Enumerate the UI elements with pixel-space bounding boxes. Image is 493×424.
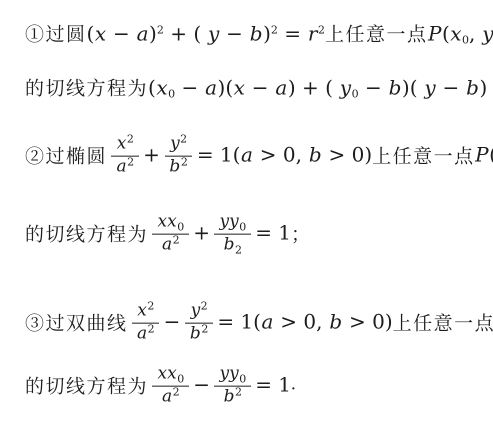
math-variable: b (169, 157, 181, 177)
math-variable: x (233, 75, 245, 99)
math-symbol: 0 (239, 373, 246, 386)
math-symbol: 2 (180, 133, 187, 146)
fraction: xx0a2 (152, 364, 189, 407)
math-symbol: 2 (148, 322, 155, 335)
math-symbol: 2 (235, 243, 242, 256)
math-variable: b (223, 235, 235, 255)
math-symbol: 2 (201, 322, 208, 335)
math-symbol: , (469, 21, 482, 45)
fraction: yy0b2 (214, 212, 251, 255)
chinese-text: 的切线方程为 (25, 372, 148, 399)
math-symbol: 2 (271, 24, 278, 37)
superscript: 2 (201, 322, 208, 335)
math-variable: b (249, 21, 263, 45)
math-text: = 1 (255, 221, 291, 245)
formula-line-hyperbola-tangent: 的切线方程为xx0a2−yy0b2= 1. (25, 364, 297, 407)
subscript: 0 (239, 373, 246, 386)
subscript: 2 (235, 243, 242, 256)
math-text: P(x0, y0) (427, 21, 493, 45)
math-symbol: 0 (352, 88, 359, 101)
superscript: 2 (181, 155, 188, 168)
fraction-numerator: xx0 (152, 364, 189, 387)
math-symbol: > 0, (274, 310, 329, 334)
math-symbol: > 0) (322, 143, 372, 167)
math-symbol: − (359, 75, 388, 99)
math-variable: x (94, 21, 106, 45)
math-symbol: 2 (127, 133, 134, 146)
math-variable: b (308, 143, 322, 167)
formula-line-ellipse-tangent: 的切线方程为xx0a2+yy0b2= 1； (25, 212, 312, 255)
subscript: 0 (177, 373, 184, 386)
math-symbol: 2 (235, 385, 242, 398)
math-symbol: = (278, 21, 307, 45)
chinese-text: 的切线方程为 (25, 74, 148, 101)
subscript: 0 (168, 88, 175, 101)
math-variable: x (116, 134, 127, 154)
math-symbol: − (245, 75, 274, 99)
math-symbol: ( (442, 21, 450, 45)
math-text: + (193, 221, 210, 245)
math-symbol: ) + ( (288, 75, 339, 99)
formula-line-ellipse-point: ②过椭圆x2a2+y2b2= 1(a > 0, b > 0) 上任意一点 P(x… (25, 134, 493, 177)
math-symbol: ( (148, 75, 156, 99)
math-symbol: 2 (157, 24, 164, 37)
math-symbol: )( (218, 75, 234, 99)
subscript: 0 (239, 221, 246, 234)
math-variable: b (329, 310, 343, 334)
superscript: 2 (147, 300, 154, 313)
math-symbol: > 0, (253, 143, 308, 167)
superscript: 2 (235, 385, 242, 398)
math-variable: y (482, 21, 493, 45)
math-text: − (164, 310, 181, 334)
math-symbol: − (175, 75, 204, 99)
formula-line-circle-tangent: 的切线方程为(x0 − a)(x − a) + ( y0 − b)( y − b… (25, 74, 493, 101)
subscript: 0 (352, 88, 359, 101)
math-symbol: = 1 (255, 221, 291, 245)
formula-line-hyperbola-point: ③过双曲线x2a2−y2b2= 1(a > 0, b > 0) 上任意一点 P(… (25, 301, 493, 344)
math-symbol: + ( (164, 21, 208, 45)
chinese-text: ②过椭圆 (25, 142, 107, 169)
math-text: (x − a)2 + ( y − b)2 = r2 (87, 21, 325, 45)
subscript: 0 (177, 221, 184, 234)
math-variable: b (223, 387, 235, 407)
math-variable: a (240, 143, 253, 167)
math-variable: y (424, 75, 436, 99)
superscript: 2 (271, 24, 278, 37)
math-variable: a (275, 75, 288, 99)
fraction-numerator: yy0 (214, 212, 251, 235)
fraction-numerator: yy0 (214, 364, 251, 387)
math-symbol: > 0) (343, 310, 393, 334)
fraction-denominator: b2 (184, 324, 213, 344)
math-variable: x (156, 75, 168, 99)
math-symbol: 0 (177, 373, 184, 386)
fraction: yy0b2 (214, 364, 251, 407)
math-symbol: 2 (181, 155, 188, 168)
superscript: 2 (201, 300, 208, 313)
fraction-denominator: b2 (218, 387, 247, 407)
math-text: P(x0, y0) (475, 143, 493, 167)
math-variable: b (466, 75, 480, 99)
math-variable: a (137, 324, 148, 344)
fraction-denominator: a2 (111, 157, 139, 177)
math-symbol: = 1 (255, 373, 291, 397)
math-symbol: )( (402, 75, 424, 99)
math-text: = 1(a > 0, b > 0) (197, 143, 372, 167)
fraction: xx0a2 (152, 212, 189, 255)
math-text: = 1 (255, 373, 291, 397)
math-variable: yy (219, 212, 239, 232)
fraction-numerator: y2 (165, 134, 193, 157)
math-variable: a (136, 21, 149, 45)
math-symbol: ( (489, 143, 493, 167)
superscript: 2 (157, 24, 164, 37)
superscript: 2 (173, 233, 180, 246)
math-symbol: 0 (177, 221, 184, 234)
subscript: 0 (462, 34, 469, 47)
superscript: 2 (127, 155, 134, 168)
math-text: = 1(a > 0, b > 0) (217, 310, 392, 334)
chinese-text: 上任意一点 (325, 20, 428, 47)
math-text: − (193, 373, 210, 397)
math-variable: a (116, 157, 127, 177)
fraction: y2b2 (184, 301, 213, 344)
math-symbol: 2 (127, 155, 134, 168)
math-symbol: ) = (479, 75, 493, 99)
math-variable: xx (157, 212, 177, 232)
fraction-denominator: a2 (157, 235, 185, 255)
math-symbol: = 1( (197, 143, 241, 167)
math-variable: a (162, 387, 173, 407)
math-variable: a (261, 310, 274, 334)
math-symbol: = 1( (217, 310, 261, 334)
fraction-denominator: b2 (218, 235, 247, 255)
math-variable: xx (157, 364, 177, 384)
math-symbol: + (193, 221, 210, 245)
math-symbol: + (143, 143, 160, 167)
math-symbol: − (436, 75, 465, 99)
chinese-text: 上任意一点 (393, 309, 493, 336)
math-variable: b (388, 75, 402, 99)
math-variable: a (162, 235, 173, 255)
math-symbol: 0 (462, 34, 469, 47)
fraction-numerator: y2 (185, 301, 213, 324)
superscript: 2 (148, 322, 155, 335)
math-symbol: 2 (147, 300, 154, 313)
math-variable: yy (219, 364, 239, 384)
superscript: 2 (173, 385, 180, 398)
fraction-denominator: a2 (132, 324, 160, 344)
fraction-numerator: x2 (111, 134, 139, 157)
math-variable: P (475, 143, 489, 167)
superscript: 2 (318, 24, 325, 37)
chinese-text: 上任意一点 (372, 142, 475, 169)
math-variable: y (339, 75, 351, 99)
math-variable: r (307, 21, 318, 45)
math-text: + (143, 143, 160, 167)
chinese-text: ③过双曲线 (25, 309, 128, 336)
fraction-numerator: x2 (132, 301, 160, 324)
fraction: y2b2 (164, 134, 193, 177)
math-variable: x (137, 301, 148, 321)
math-symbol: ) (263, 21, 271, 45)
math-symbol: ) (149, 21, 157, 45)
math-symbol: 2 (318, 24, 325, 37)
math-variable: a (205, 75, 218, 99)
fraction: x2a2 (111, 134, 139, 177)
math-symbol: 2 (173, 385, 180, 398)
fraction-denominator: a2 (157, 387, 185, 407)
chinese-text: ； (291, 220, 312, 247)
math-symbol: − (164, 310, 181, 334)
math-variable: y (190, 301, 201, 321)
superscript: 2 (127, 133, 134, 146)
math-variable: y (170, 134, 181, 154)
chinese-text: 的切线方程为 (25, 220, 148, 247)
math-symbol: − (107, 21, 136, 45)
superscript: 2 (180, 133, 187, 146)
math-variable: y (207, 21, 219, 45)
fraction: x2a2 (132, 301, 160, 344)
math-symbol: 0 (168, 88, 175, 101)
chinese-text: . (291, 374, 297, 396)
formula-line-circle-point: ①过圆 (x − a)2 + ( y − b)2 = r2 上任意一点 P(x0… (25, 20, 493, 47)
math-symbol: − (220, 21, 249, 45)
math-variable: b (189, 324, 201, 344)
math-notes-document: ①过圆 (x − a)2 + ( y − b)2 = r2 上任意一点 P(x0… (0, 0, 493, 424)
math-symbol: 2 (201, 300, 208, 313)
fraction-numerator: xx0 (152, 212, 189, 235)
fraction-denominator: b2 (164, 157, 193, 177)
chinese-text: ①过圆 (25, 20, 87, 47)
math-symbol: 2 (173, 233, 180, 246)
math-symbol: 0 (239, 221, 246, 234)
math-text: (x0 − a)(x − a) + ( y0 − b)( y − b) = r2 (148, 75, 493, 99)
math-variable: x (450, 21, 462, 45)
math-variable: P (427, 21, 441, 45)
math-symbol: − (193, 373, 210, 397)
